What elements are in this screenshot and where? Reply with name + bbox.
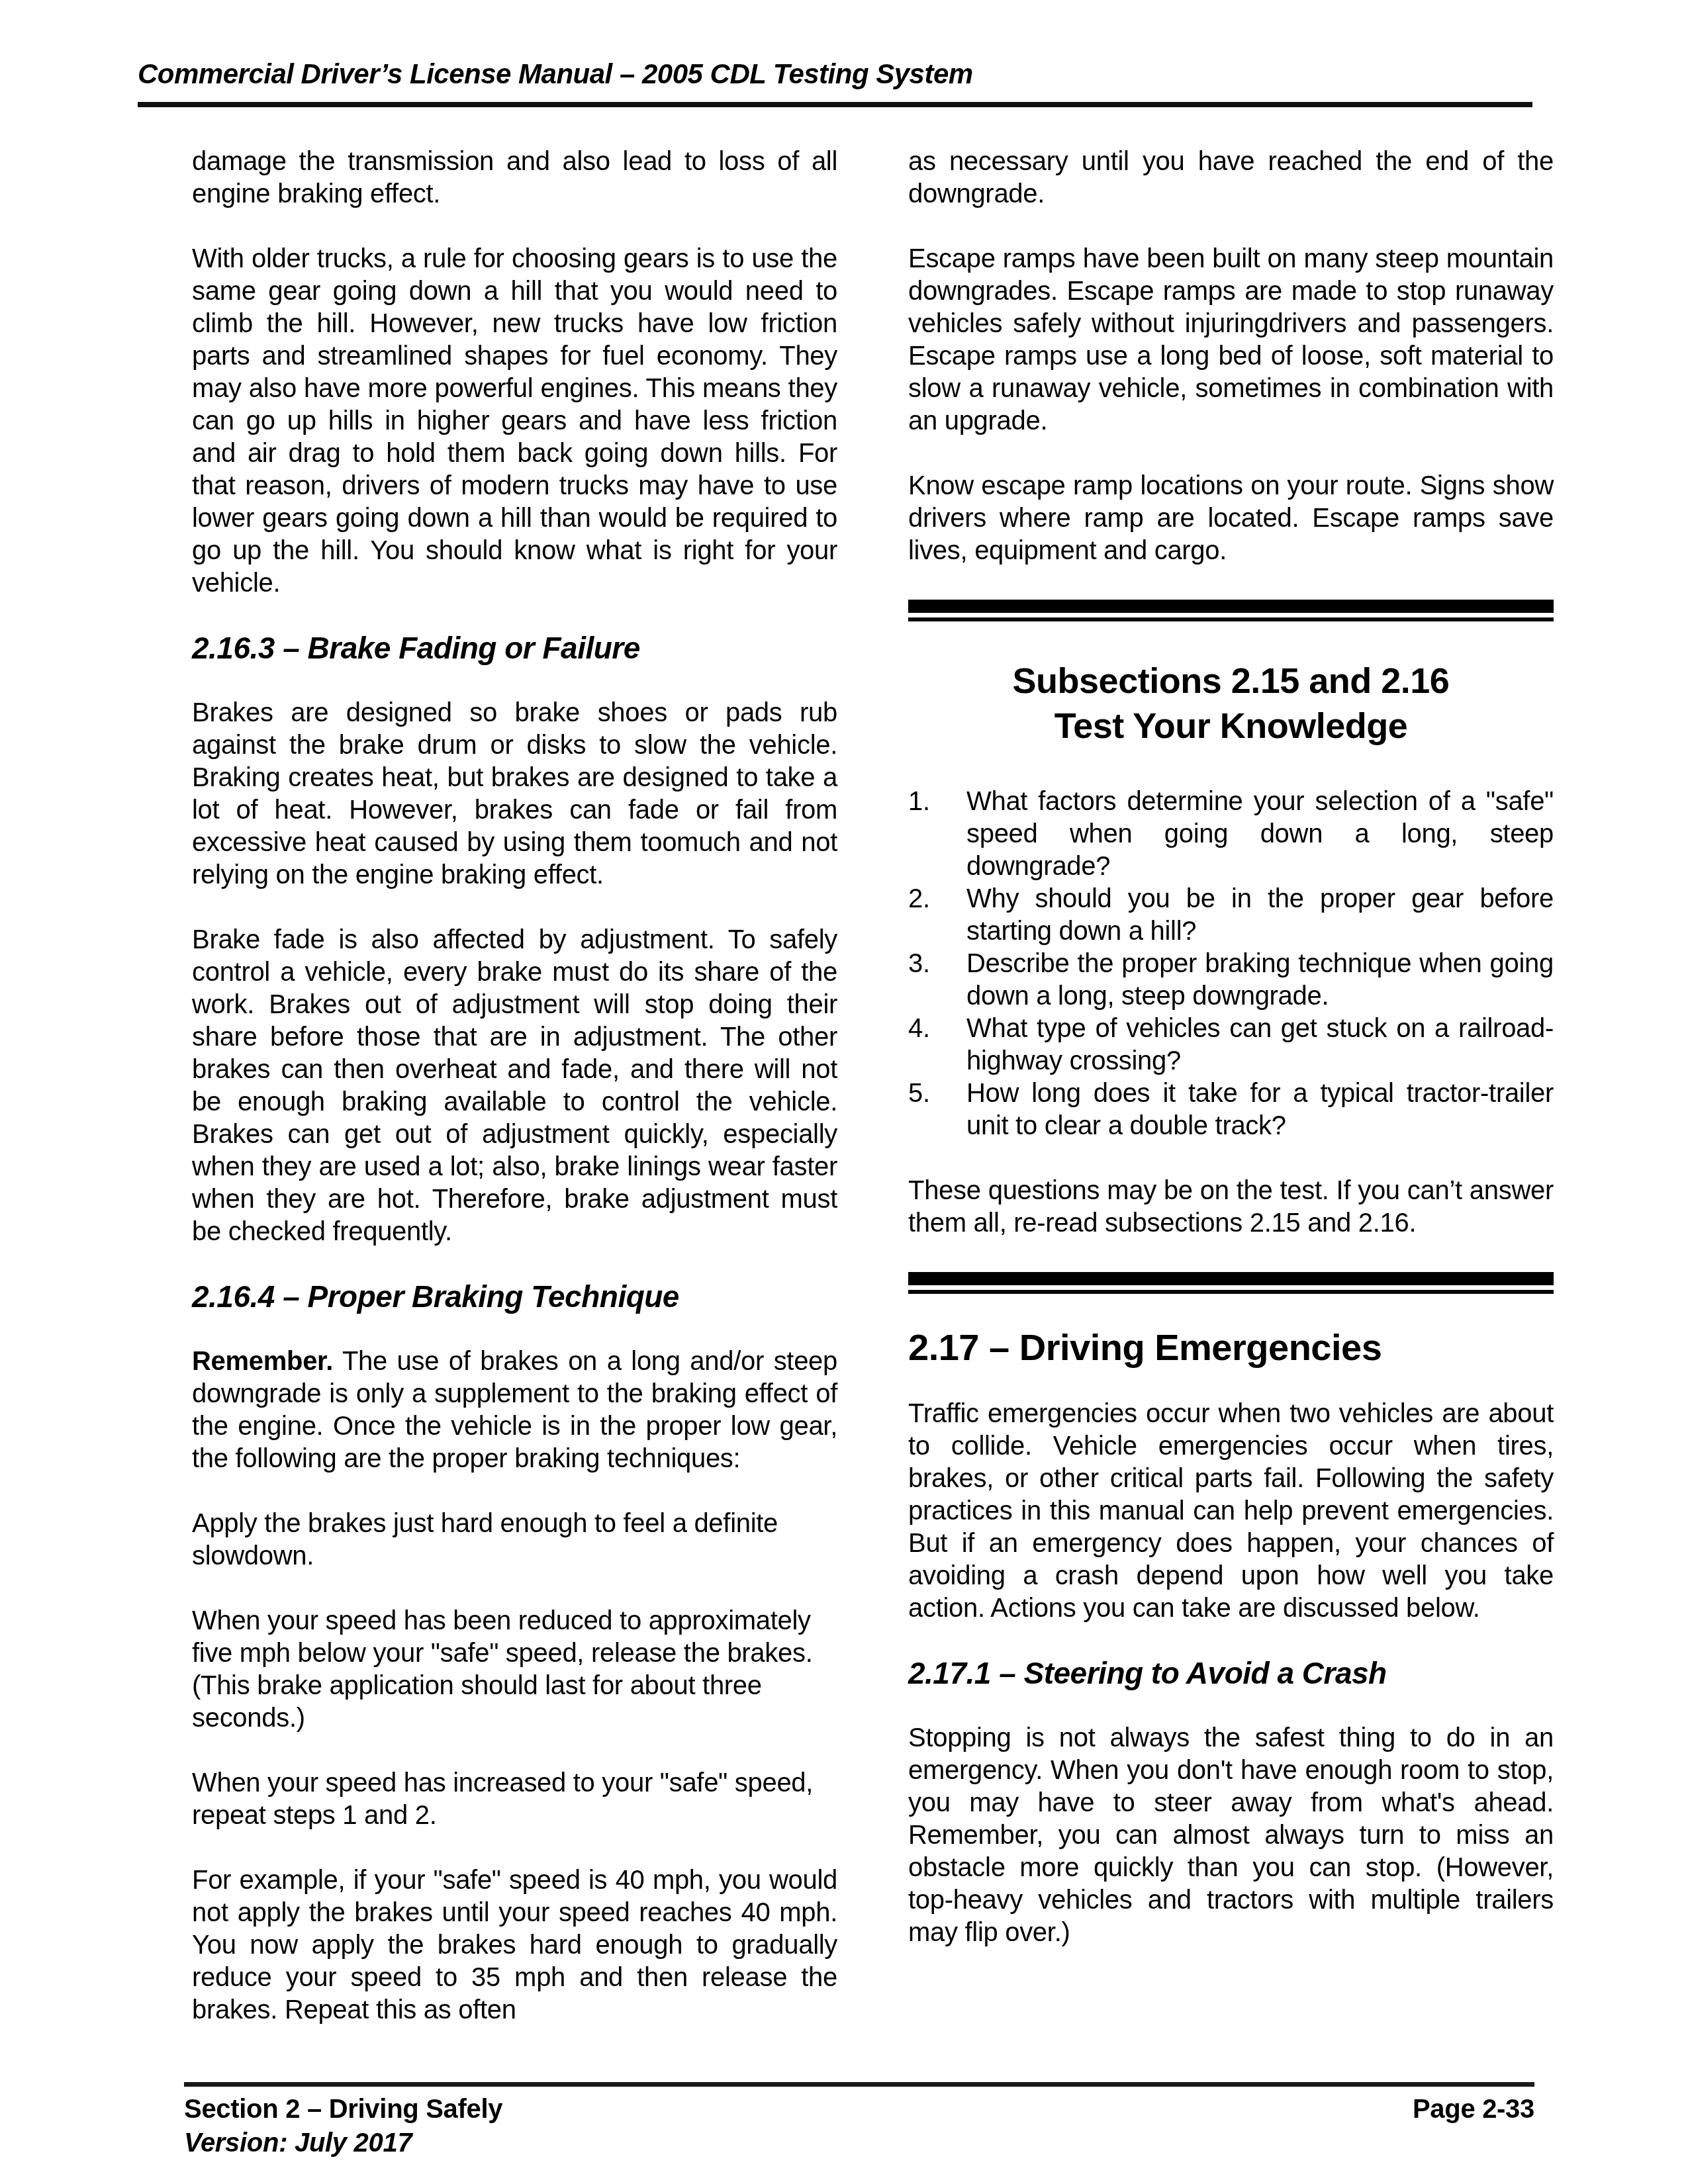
- manual-title: Commercial Driver’s License Manual – 200…: [138, 58, 1532, 90]
- paragraph-end-of-downgrade: as necessary until you have reached the …: [908, 146, 1554, 210]
- paragraph-stopping-not-safest: Stopping is not always the safest thing …: [908, 1722, 1554, 1949]
- heading-2-16-4-proper-braking-technique: 2.16.4 – Proper Braking Technique: [192, 1281, 837, 1313]
- paragraph-traffic-emergencies: Traffic emergencies occur when two vehic…: [908, 1398, 1554, 1625]
- paragraph-know-ramp-locations: Know escape ramp locations on your route…: [908, 470, 1554, 567]
- heading-2-17-1-steering-to-avoid-a-crash: 2.17.1 – Steering to Avoid a Crash: [908, 1657, 1554, 1690]
- separator-thin-rule: [908, 1290, 1554, 1294]
- question-text: What type of vehicles can get stuck on a…: [966, 1013, 1554, 1077]
- left-column: damage the transmission and also lead to…: [192, 146, 837, 2059]
- paragraph-transmission-damage: damage the transmission and also lead to…: [192, 146, 837, 210]
- paragraph-brake-fade-adjustment: Brake fade is also affected by adjustmen…: [192, 924, 837, 1248]
- page-header: Commercial Driver’s License Manual – 200…: [138, 58, 1532, 107]
- separator-thin-rule: [908, 617, 1554, 621]
- question-number: 4.: [908, 1013, 966, 1077]
- paragraph-escape-ramps: Escape ramps have been built on many ste…: [908, 243, 1554, 437]
- question-text: Why should you be in the proper gear bef…: [966, 883, 1554, 948]
- footer-row: Section 2 – Driving Safely Page 2-33: [184, 2095, 1534, 2124]
- footer-page-number: Page 2-33: [1413, 2095, 1534, 2124]
- section-separator-bottom: [908, 1272, 1554, 1294]
- question-item-3: 3. Describe the proper braking technique…: [908, 948, 1554, 1013]
- footer-version-label: Version: July 2017: [184, 2128, 1534, 2158]
- knowledge-question-list: 1. What factors determine your selection…: [908, 786, 1554, 1142]
- question-number: 1.: [908, 786, 966, 883]
- right-column: as necessary until you have reached the …: [908, 146, 1554, 2059]
- question-number: 5.: [908, 1077, 966, 1142]
- question-text: Describe the proper braking technique wh…: [966, 948, 1554, 1013]
- page: { "colors": { "text": "#000000", "backgr…: [0, 0, 1688, 2184]
- two-column-body: damage the transmission and also lead to…: [192, 146, 1554, 2059]
- question-number: 2.: [908, 883, 966, 948]
- test-knowledge-heading-line2: Test Your Knowledge: [908, 704, 1554, 749]
- question-item-4: 4. What type of vehicles can get stuck o…: [908, 1013, 1554, 1077]
- heading-2-17-driving-emergencies: 2.17 – Driving Emergencies: [908, 1331, 1554, 1363]
- test-your-knowledge-heading: Subsections 2.15 and 2.16 Test Your Know…: [908, 659, 1554, 749]
- paragraph-speed-increased: When your speed has increased to your "s…: [192, 1767, 837, 1832]
- page-footer: Section 2 – Driving Safely Page 2-33 Ver…: [184, 2082, 1534, 2158]
- separator-thick-rule: [908, 1272, 1554, 1285]
- footer-section-label: Section 2 – Driving Safely: [184, 2095, 502, 2124]
- paragraph-brake-design-heat: Brakes are designed so brake shoes or pa…: [192, 697, 837, 891]
- heading-2-16-3-brake-fading-or-failure: 2.16.3 – Brake Fading or Failure: [192, 632, 837, 664]
- question-text: How long does it take for a typical trac…: [966, 1077, 1554, 1142]
- test-knowledge-heading-line1: Subsections 2.15 and 2.16: [908, 659, 1554, 704]
- paragraph-older-trucks-gears: With older trucks, a rule for choosing g…: [192, 243, 837, 600]
- question-item-5: 5. How long does it take for a typical t…: [908, 1077, 1554, 1142]
- remember-lead-in: Remember.: [192, 1347, 333, 1376]
- paragraph-questions-on-test: These questions may be on the test. If y…: [908, 1175, 1554, 1240]
- question-item-1: 1. What factors determine your selection…: [908, 786, 1554, 883]
- paragraph-safe-speed-example: For example, if your "safe" speed is 40 …: [192, 1864, 837, 2026]
- paragraph-apply-brakes: Apply the brakes just hard enough to fee…: [192, 1508, 837, 1572]
- question-item-2: 2. Why should you be in the proper gear …: [908, 883, 1554, 948]
- section-separator-top: [908, 600, 1554, 621]
- paragraph-speed-reduced: When your speed has been reduced to appr…: [192, 1605, 837, 1735]
- paragraph-remember-braking-supplement: Remember. The use of brakes on a long an…: [192, 1345, 837, 1475]
- separator-thick-rule: [908, 600, 1554, 613]
- question-number: 3.: [908, 948, 966, 1013]
- question-text: What factors determine your selection of…: [966, 786, 1554, 883]
